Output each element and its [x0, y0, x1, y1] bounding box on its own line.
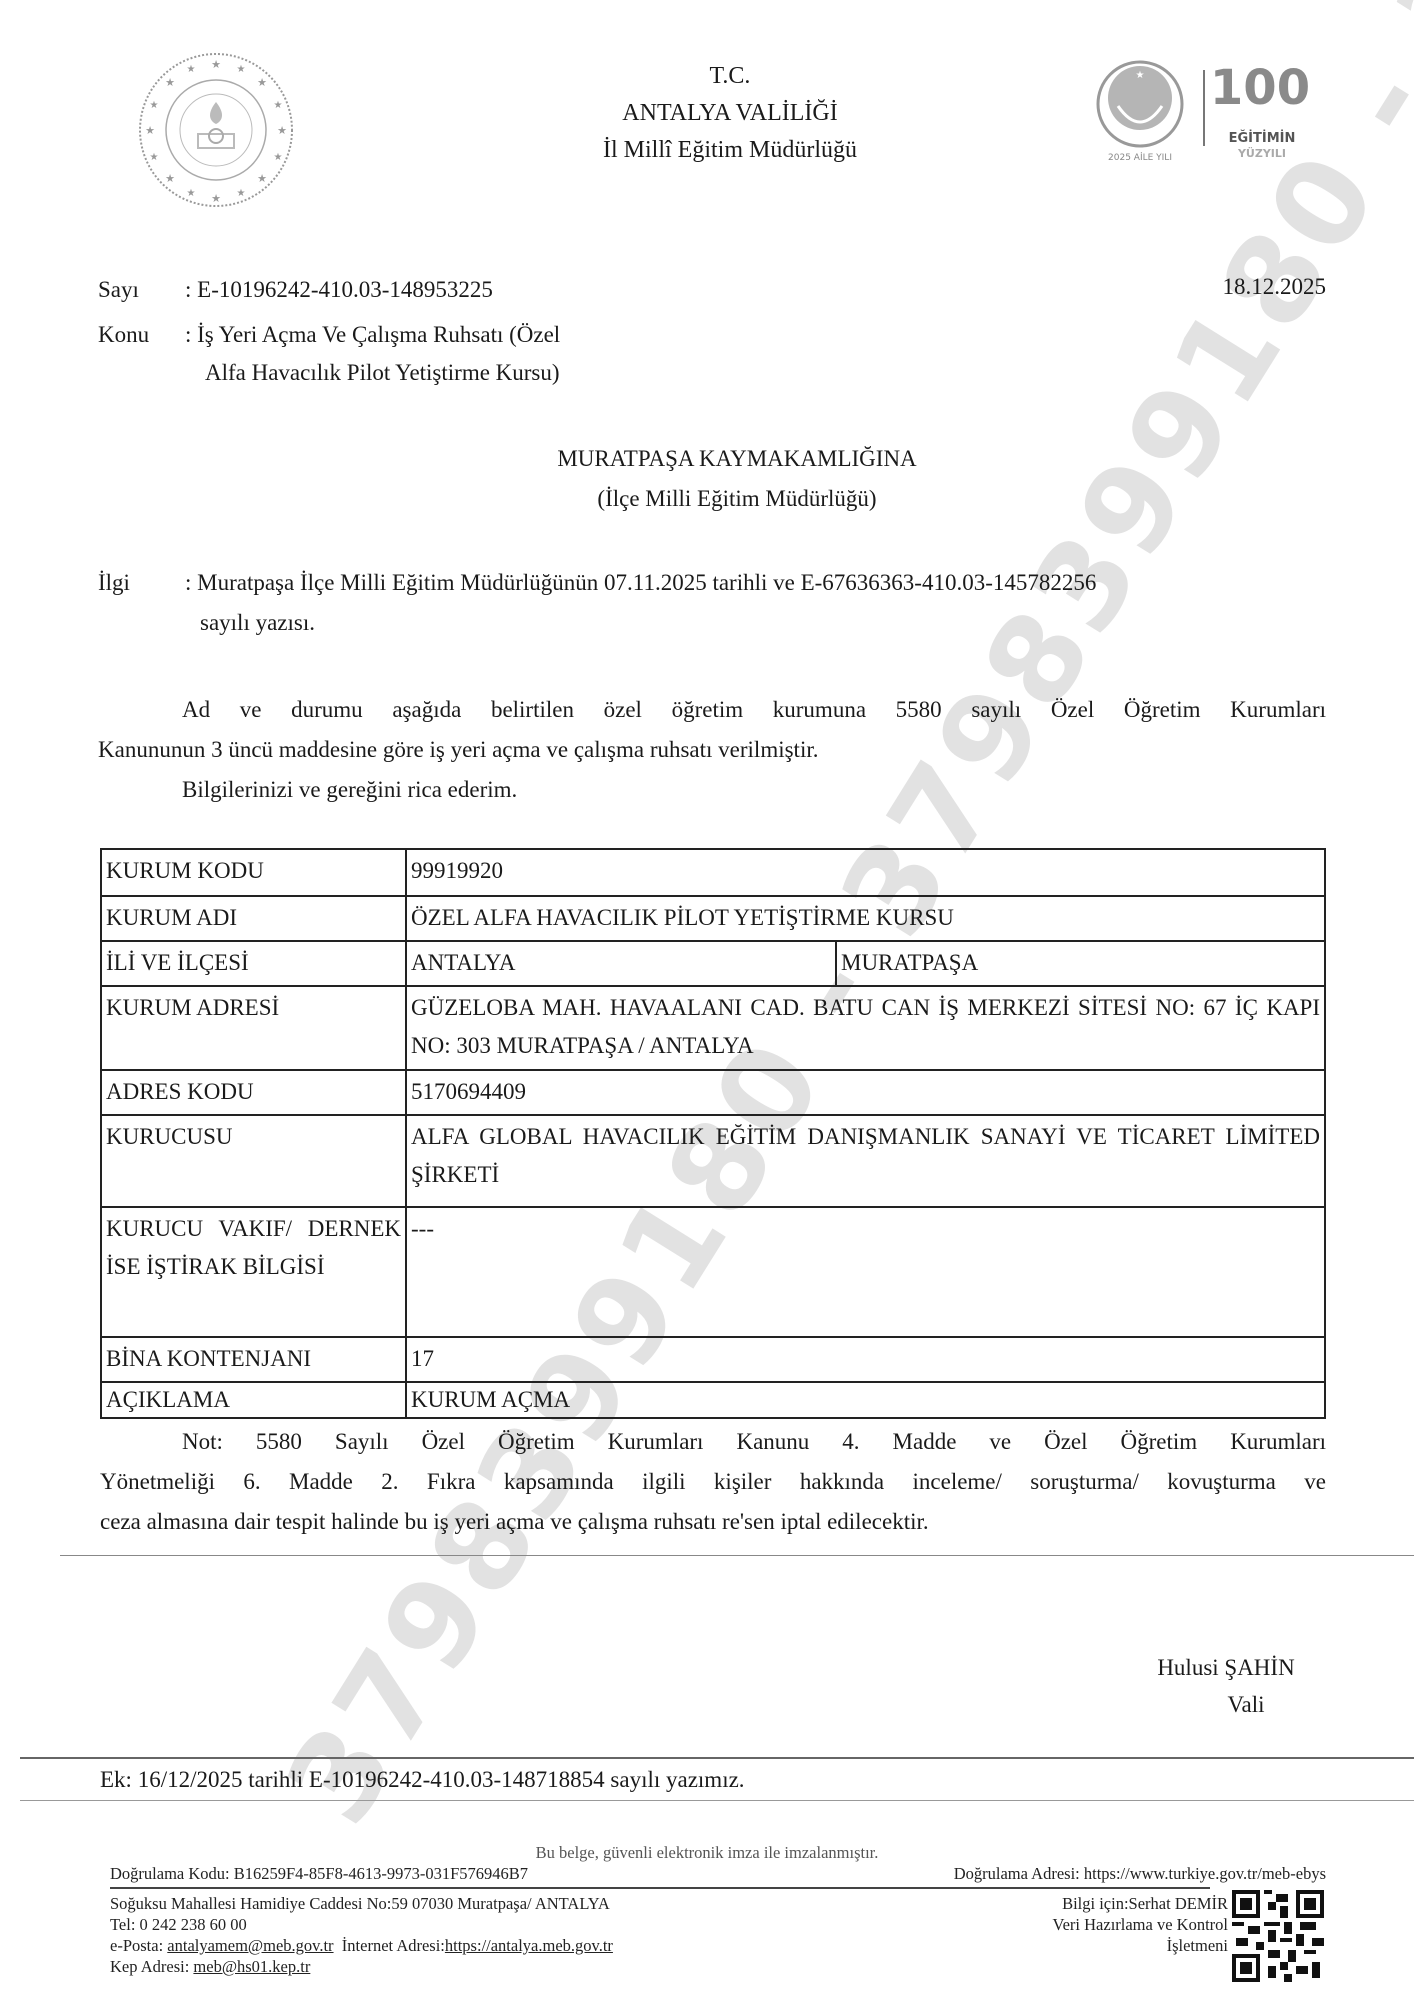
table-row: ADRES KODU 5170694409: [101, 1070, 1325, 1115]
table-row: AÇIKLAMA KURUM AÇMA: [101, 1382, 1325, 1418]
svg-text:★: ★: [150, 100, 159, 111]
contact-role-line-2: İşletmeni: [1053, 1935, 1228, 1956]
svg-text:★: ★: [187, 188, 196, 199]
institution-address: Soğuksu Mahallesi Hamidiye Caddesi No:59…: [110, 1893, 610, 1914]
kep-link[interactable]: meb@hs01.kep.tr: [193, 1957, 310, 1976]
table-value: GÜZELOBA MAH. HAVAALANI CAD. BATU CAN İŞ…: [406, 986, 1325, 1070]
table-value: 17: [406, 1337, 1325, 1382]
table-key: KURUCU VAKIF/ DERNEK İSE İŞTİRAK BİLGİSİ: [101, 1207, 406, 1337]
verification-address: Doğrulama Adresi: https://www.turkiye.go…: [954, 1863, 1326, 1884]
contact-line: e-Posta: antalyamem@meb.gov.tr İnternet …: [110, 1935, 613, 1956]
signer-title: Vali: [1126, 1692, 1326, 1718]
body-paragraph-1-line-1: Ad ve durumu aşağıda belirtilen özel öğr…: [182, 690, 1326, 730]
table-key: KURUM ADRESİ: [101, 986, 406, 1070]
document-date: 18.12.2025: [1223, 274, 1327, 300]
svg-text:EĞİTİMİN: EĞİTİMİN: [1229, 130, 1296, 146]
esign-notice: Bu belge, güvenli elektronik imza ile im…: [0, 1842, 1414, 1863]
ilgi-line-1: : Muratpaşa İlçe Milli Eğitim Müdürlüğün…: [185, 570, 1096, 596]
footer-divider: [110, 1887, 1210, 1889]
2025-aile-yili-and-egitimin-yuzyili-icon: ★ 2025 AİLE YILI 100 EĞİTİMİN YÜZYILI: [1090, 42, 1330, 172]
note-line-2: Yönetmeliği 6. Madde 2. Fıkra kapsamında…: [100, 1462, 1326, 1502]
table-key: KURUCUSU: [101, 1115, 406, 1207]
ilgi-label: İlgi: [98, 570, 130, 596]
body-paragraph-1-line-2: Kanununun 3 üncü maddesine göre iş yeri …: [98, 730, 818, 770]
divider: [20, 1757, 1414, 1759]
table-value: ---: [406, 1207, 1325, 1337]
svg-text:2025 AİLE YILI: 2025 AİLE YILI: [1108, 152, 1172, 163]
table-value: ÖZEL ALFA HAVACILIK PİLOT YETİŞTİRME KUR…: [406, 896, 1325, 941]
svg-text:★: ★: [1136, 70, 1145, 81]
svg-text:★: ★: [211, 193, 221, 205]
letterhead-line-1: T.C.: [480, 58, 980, 95]
svg-text:★: ★: [150, 152, 159, 163]
table-key: KURUM ADI: [101, 896, 406, 941]
note-line-1: Not: 5580 Sayılı Özel Öğretim Kurumları …: [182, 1422, 1326, 1462]
konu-line-2: Alfa Havacılık Pilot Yetiştirme Kursu): [205, 360, 560, 386]
signer-name: Hulusi ŞAHİN: [1126, 1655, 1326, 1681]
email-label: e-Posta:: [110, 1936, 167, 1955]
web-label: İnternet Adresi:: [334, 1936, 445, 1955]
table-key: İLİ VE İLÇESİ: [101, 941, 406, 986]
table-key: ADRES KODU: [101, 1070, 406, 1115]
kep-line: Kep Adresi: meb@hs01.kep.tr: [110, 1956, 310, 1977]
table-row: BİNA KONTENJANI 17: [101, 1337, 1325, 1382]
table-row: KURUM ADI ÖZEL ALFA HAVACILIK PİLOT YETİ…: [101, 896, 1325, 941]
website-link[interactable]: https://antalya.meb.gov.tr: [445, 1936, 613, 1955]
kep-label: Kep Adresi:: [110, 1957, 193, 1976]
svg-text:100: 100: [1210, 60, 1310, 116]
konu-label: Konu: [98, 322, 149, 348]
svg-text:★: ★: [237, 64, 246, 75]
letterhead-line-3: İl Millî Eğitim Müdürlüğü: [480, 132, 980, 169]
addressee-line-1: MURATPAŞA KAYMAKAMLIĞINA: [0, 446, 1414, 472]
table-value: 5170694409: [406, 1070, 1325, 1115]
table-value-province: ANTALYA: [406, 941, 836, 986]
table-row: KURUM KODU 99919920: [101, 849, 1325, 896]
qr-code-icon[interactable]: [1232, 1890, 1324, 1982]
note-line-3: ceza almasına dair tespit halinde bu iş …: [100, 1502, 929, 1542]
contact-person: Bilgi için:Serhat DEMİR: [1053, 1893, 1228, 1914]
table-row: KURUM ADRESİ GÜZELOBA MAH. HAVAALANI CAD…: [101, 986, 1325, 1070]
contact-info: Bilgi için:Serhat DEMİR Veri Hazırlama v…: [1053, 1893, 1228, 1956]
letterhead-line-2: ANTALYA VALİLİĞİ: [480, 95, 980, 132]
meb-seal-icon: ★ ★ ★ ★ ★ ★ ★ ★ ★ ★ ★ ★ ★ ★ ★ ★: [136, 50, 296, 210]
svg-text:★: ★: [145, 125, 155, 137]
email-link[interactable]: antalyamem@meb.gov.tr: [167, 1936, 333, 1955]
table-row: İLİ VE İLÇESİ ANTALYA MURATPAŞA: [101, 941, 1325, 986]
sayi-label: Sayı: [98, 277, 139, 303]
svg-text:★: ★: [257, 173, 267, 185]
divider: [20, 1800, 1414, 1801]
table-key: AÇIKLAMA: [101, 1382, 406, 1418]
svg-text:★: ★: [274, 100, 283, 111]
svg-text:★: ★: [165, 173, 175, 185]
sayi-value: : E-10196242-410.03-148953225: [185, 277, 493, 303]
table-value: ALFA GLOBAL HAVACILIK EĞİTİM DANIŞMANLIK…: [406, 1115, 1325, 1207]
ilgi-line-2: sayılı yazısı.: [200, 610, 315, 636]
institution-info-table: KURUM KODU 99919920 KURUM ADI ÖZEL ALFA …: [100, 848, 1326, 1419]
svg-text:★: ★: [165, 77, 175, 89]
table-row: KURUCU VAKIF/ DERNEK İSE İŞTİRAK BİLGİSİ…: [101, 1207, 1325, 1337]
verification-code: Doğrulama Kodu: B16259F4-85F8-4613-9973-…: [110, 1863, 528, 1884]
svg-text:★: ★: [274, 152, 283, 163]
institution-phone: Tel: 0 242 238 60 00: [110, 1914, 247, 1935]
attachment-reference: Ek: 16/12/2025 tarihli E-10196242-410.03…: [100, 1767, 745, 1793]
konu-line-1: : İş Yeri Açma Ve Çalışma Ruhsatı (Özel: [185, 322, 560, 348]
table-value-district: MURATPAŞA: [836, 941, 1325, 986]
table-value: KURUM AÇMA: [406, 1382, 1325, 1418]
table-key: BİNA KONTENJANI: [101, 1337, 406, 1382]
svg-text:★: ★: [257, 77, 267, 89]
svg-text:★: ★: [277, 125, 287, 137]
svg-text:YÜZYILI: YÜZYILI: [1237, 146, 1286, 160]
svg-text:★: ★: [187, 64, 196, 75]
letterhead: T.C. ANTALYA VALİLİĞİ İl Millî Eğitim Mü…: [480, 58, 980, 169]
addressee-line-2: (İlçe Milli Eğitim Müdürlüğü): [0, 486, 1414, 512]
scan-line: [60, 1555, 1414, 1556]
table-key: KURUM KODU: [101, 849, 406, 896]
table-row: KURUCUSU ALFA GLOBAL HAVACILIK EĞİTİM DA…: [101, 1115, 1325, 1207]
svg-text:★: ★: [237, 188, 246, 199]
contact-role-line-1: Veri Hazırlama ve Kontrol: [1053, 1914, 1228, 1935]
svg-text:★: ★: [211, 59, 221, 71]
body-paragraph-2: Bilgilerinizi ve gereğini rica ederim.: [182, 770, 517, 810]
table-value: 99919920: [406, 849, 1325, 896]
